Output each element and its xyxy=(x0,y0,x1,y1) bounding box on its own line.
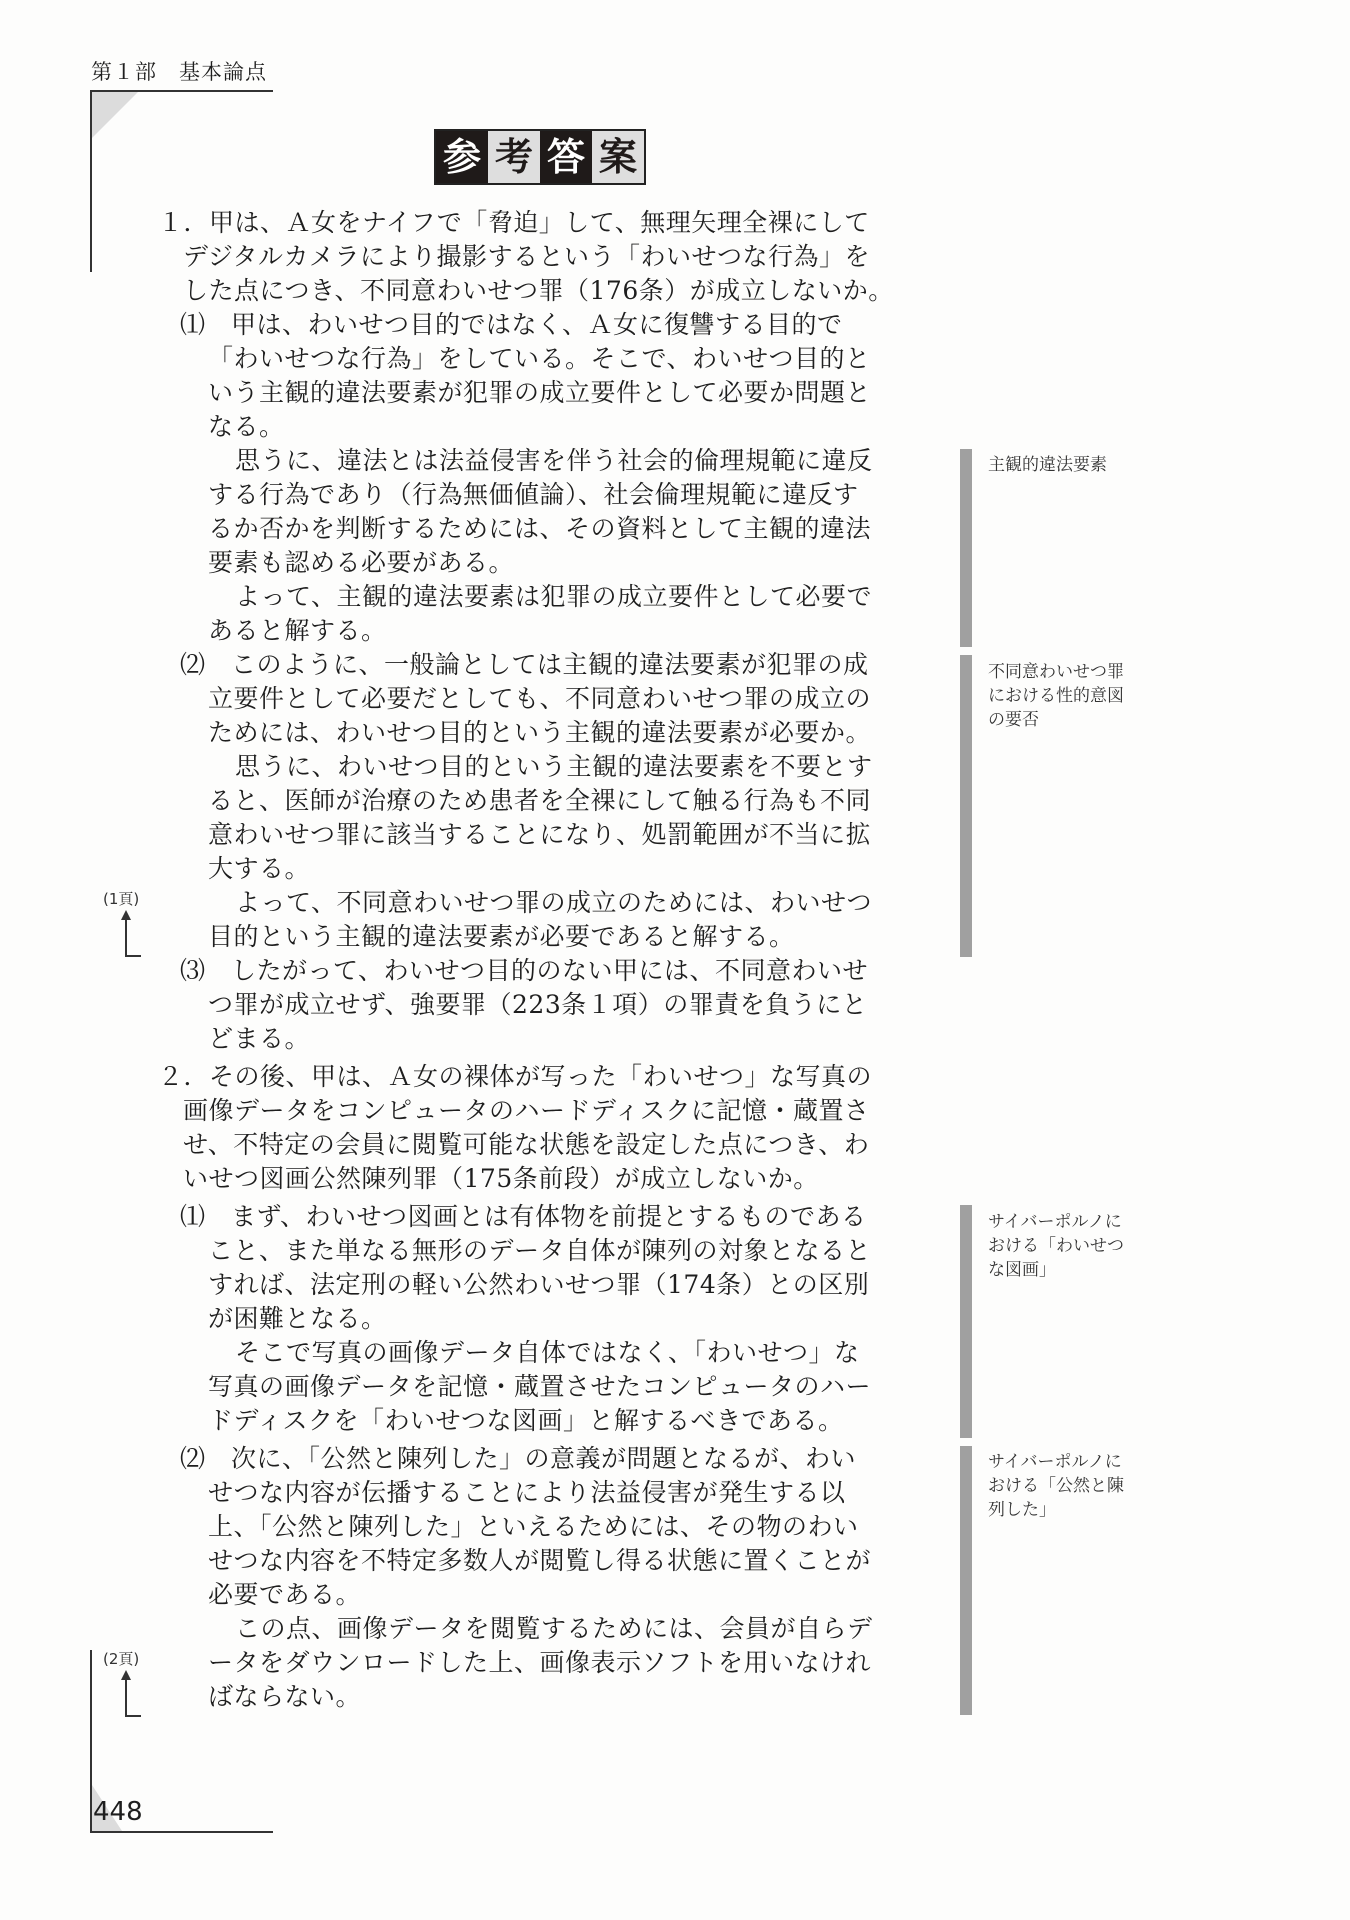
body-line: ⑴ まず、わいせつ図画とは有体物を前提とするものである xyxy=(180,1200,867,1234)
body-line: 思うに、わいせつ目的という主観的違法要素を不要とす xyxy=(235,750,873,784)
body-line: ためには、わいせつ目的という主観的違法要素が必要か。 xyxy=(208,716,871,750)
footer-rule xyxy=(90,1831,273,1833)
body-line: こと、また単なる無形のデータ自体が陳列の対象となると xyxy=(208,1234,871,1268)
body-line: 立要件として必要だとしても、不同意わいせつ罪の成立の xyxy=(208,682,871,716)
title-char: 参 xyxy=(436,131,488,183)
body-line: いせつ図画公然陳列罪（175条前段）が成立しないか。 xyxy=(183,1162,819,1196)
body-line: 目的という主観的違法要素が必要であると解する。 xyxy=(208,920,795,954)
margin-note: 不同意わいせつ罪 における性的意図 の要否 xyxy=(988,660,1124,732)
corner-triangle-top xyxy=(92,92,138,138)
body-line: るか否かを判断するためには、その資料として主観的違法 xyxy=(208,512,871,546)
running-header: 第１部 基本論点 xyxy=(91,56,267,86)
body-line: なる。 xyxy=(208,410,285,444)
margin-note: 主観的違法要素 xyxy=(988,453,1107,477)
page-ref-2: (2頁) xyxy=(103,1648,139,1669)
body-line: どまる。 xyxy=(208,1022,310,1056)
note-line: 不同意わいせつ罪 xyxy=(988,660,1124,684)
body-line: よって、主観的違法要素は犯罪の成立要件として必要で xyxy=(235,580,872,614)
body-line: いう主観的違法要素が犯罪の成立要件として必要か問題と xyxy=(208,376,871,410)
body-line: すれば、法定刑の軽い公然わいせつ罪（174条）との区別 xyxy=(208,1268,869,1302)
body-line: 「わいせつな行為」をしている。そこで、わいせつ目的と xyxy=(208,342,871,376)
body-line: 写真の画像データを記憶・蔵置させたコンピュータのハー xyxy=(208,1370,871,1404)
body-line: よって、不同意わいせつ罪の成立のためには、わいせつ xyxy=(235,886,872,920)
body-line: デジタルカメラにより撮影するという「わいせつな行為」を xyxy=(183,240,870,274)
section-title: 参 考 答 案 xyxy=(434,129,646,185)
body-line: あると解する。 xyxy=(208,614,387,648)
margin-bar xyxy=(960,1446,972,1715)
body-line: ⑴ 甲は、わいせつ目的ではなく、Ａ女に復讐する目的で xyxy=(180,308,843,342)
body-line: 上、「公然と陳列した」といえるためには、その物のわい xyxy=(208,1510,859,1544)
margin-bar xyxy=(960,449,972,647)
body-line: 大する。 xyxy=(208,852,310,886)
margin-bar xyxy=(960,1205,972,1438)
body-line: つ罪が成立せず、強要罪（223条１項）の罪責を負うにと xyxy=(208,988,867,1022)
body-line: した点につき、不同意わいせつ罪（176条）が成立しないか。 xyxy=(183,274,894,308)
title-char: 案 xyxy=(592,131,644,183)
body-line: せつな内容が伝播することにより法益侵害が発生する以 xyxy=(208,1476,846,1510)
note-line: 列した」 xyxy=(988,1498,1124,1522)
body-line: ⑵ このように、一般論としては主観的違法要素が犯罪の成 xyxy=(180,648,869,682)
note-line: おける「わいせつ xyxy=(988,1234,1124,1258)
body-line: １．甲は、Ａ女をナイフで「脅迫」して、無理矢理全裸にして xyxy=(158,206,870,240)
body-line: が困難となる。 xyxy=(208,1302,387,1336)
body-line: ると、医師が治療のため患者を全裸にして触る行為も不同 xyxy=(208,784,871,818)
note-line: における性的意図 xyxy=(988,684,1124,708)
margin-bar xyxy=(960,655,972,957)
body-line: ⑶ したがって、わいせつ目的のない甲には、不同意わいせ xyxy=(180,954,868,988)
arrow-shaft xyxy=(125,918,127,956)
note-line: おける「公然と陳 xyxy=(988,1474,1124,1498)
note-line: サイバーポルノに xyxy=(988,1450,1124,1474)
body-line: せつな内容を不特定多数人が閲覧し得る状態に置くことが xyxy=(208,1544,871,1578)
title-char: 考 xyxy=(488,131,540,183)
note-line: サイバーポルノに xyxy=(988,1210,1124,1234)
body-line: 思うに、違法とは法益侵害を伴う社会的倫理規範に違反 xyxy=(235,444,873,478)
body-line: ２．その後、甲は、Ａ女の裸体が写った「わいせつ」な写真の xyxy=(158,1060,872,1094)
arrow-foot xyxy=(125,955,141,957)
note-line: 主観的違法要素 xyxy=(988,453,1107,477)
body-line: する行為であり（行為無価値論）、社会倫理規範に違反す xyxy=(208,478,859,512)
body-line: 必要である。 xyxy=(208,1578,361,1612)
margin-note: サイバーポルノに おける「わいせつ な図画」 xyxy=(988,1210,1124,1282)
title-char: 答 xyxy=(540,131,592,183)
arrow-shaft xyxy=(125,1678,127,1716)
body-line: ⑵ 次に、「公然と陳列した」の意義が問題となるが、わい xyxy=(180,1442,856,1476)
body-line: ドディスクを「わいせつな図画」と解するべきである。 xyxy=(208,1404,844,1438)
margin-note: サイバーポルノに おける「公然と陳 列した」 xyxy=(988,1450,1124,1522)
body-line: 要素も認める必要がある。 xyxy=(208,546,514,580)
body-line: ータをダウンロードした上、画像表示ソフトを用いなけれ xyxy=(208,1646,871,1680)
arrow-foot xyxy=(125,1715,141,1717)
page-ref-1: (1頁) xyxy=(103,888,139,909)
body-line: この点、画像データを閲覧するためには、会員が自らデ xyxy=(235,1612,873,1646)
body-line: せ、不特定の会員に閲覧可能な状態を設定した点につき、わ xyxy=(183,1128,869,1162)
body-line: そこで写真の画像データ自体ではなく、「わいせつ」な xyxy=(235,1336,860,1370)
body-line: ばならない。 xyxy=(208,1680,361,1714)
note-line: な図画」 xyxy=(988,1258,1124,1282)
body-line: 意わいせつ罪に該当することになり、処罰範囲が不当に拡 xyxy=(208,818,871,852)
note-line: の要否 xyxy=(988,708,1124,732)
page-number: 448 xyxy=(93,1797,143,1827)
body-line: 画像データをコンピュータのハードディスクに記憶・蔵置さ xyxy=(183,1094,870,1128)
